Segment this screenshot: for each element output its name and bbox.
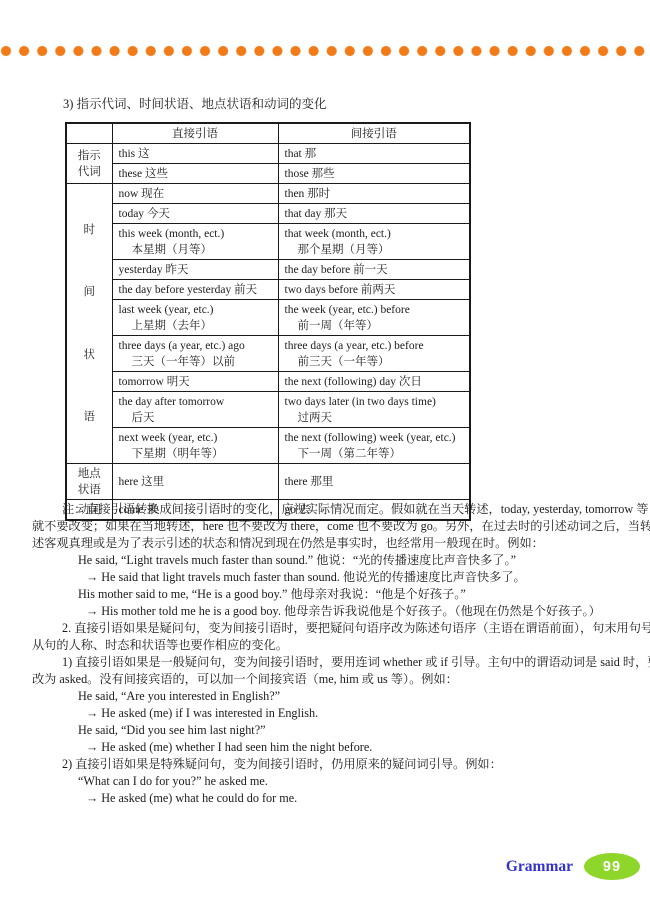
notes-text: 注：直接引语转换成间接引语时的变化，应视实际情况而定。假如就在当天转述，toda… bbox=[32, 501, 638, 807]
column-header-direct: 直接引语 bbox=[112, 123, 278, 144]
table-row: this week (month, ect.)本星期（月等） that week… bbox=[66, 224, 470, 260]
table-row: three days (a year, etc.) ago三天（一年等）以前 t… bbox=[66, 336, 470, 372]
example-line: His mother said to me, “He is a good boy… bbox=[32, 586, 638, 603]
textbook-page: { "page": { "heading": "3) 指示代词、时间状语、地点状… bbox=[0, 0, 650, 919]
table-row: tomorrow 明天 the next (following) day 次日 bbox=[66, 372, 470, 392]
footer-section-label: Grammar bbox=[506, 858, 573, 876]
example-line: → His mother told me he is a good boy. 他… bbox=[32, 603, 638, 620]
example-line: → He asked (me) what he could do for me. bbox=[32, 790, 638, 807]
table-row: the day after tomorrow后天 two days later … bbox=[66, 392, 470, 428]
page-number-badge: 99 bbox=[584, 853, 640, 880]
example-line: He said, “Light travels much faster than… bbox=[32, 552, 638, 569]
table-row: these 这些 those 那些 bbox=[66, 164, 470, 184]
note-line: 2. 直接引语如果是疑问句，变为间接引语时，要把疑问句语序改为陈述句语序（主语在… bbox=[32, 620, 638, 637]
page-footer: Grammar 99 bbox=[506, 853, 640, 880]
example-line: He said, “Are you interested in English?… bbox=[32, 688, 638, 705]
table-row: today 今天 that day 那天 bbox=[66, 204, 470, 224]
note-line: 1) 直接引语如果是一般疑问句，变为间接引语时，要用连词 whether 或 i… bbox=[32, 654, 638, 671]
table-row: 时 间 状 语 now 现在 then 那时 bbox=[66, 184, 470, 204]
example-line: “What can I do for you?” he asked me. bbox=[32, 773, 638, 790]
example-line: → He asked (me) whether I had seen him t… bbox=[32, 739, 638, 756]
note-line: 述客观真理或是为了表示引述的状态和情况到现在仍然是事实时，也经常用一般现在时。例… bbox=[32, 535, 638, 552]
column-header-indirect: 间接引语 bbox=[278, 123, 470, 144]
corner-cell bbox=[66, 123, 112, 144]
note-line: 就不要改变；如果在当地转述，here 也不要改为 there，come 也不要改… bbox=[32, 518, 638, 535]
group-label-time: 时 间 状 语 bbox=[66, 184, 112, 464]
table-header-row: 直接引语 间接引语 bbox=[66, 123, 470, 144]
example-line: He said, “Did you see him last night?” bbox=[32, 722, 638, 739]
table-row: 地点 状语 here 这里 there 那里 bbox=[66, 464, 470, 500]
note-line: 从句的人称、时态和状语等也要作相应的变化。 bbox=[32, 637, 638, 654]
table-row: last week (year, etc.)上星期（去年） the week (… bbox=[66, 300, 470, 336]
example-line: → He asked (me) if I was interested in E… bbox=[32, 705, 638, 722]
group-label-demonstrative: 指示 代词 bbox=[66, 144, 112, 184]
section-heading: 3) 指示代词、时间状语、地点状语和动词的变化 bbox=[63, 96, 327, 112]
dotted-border bbox=[0, 45, 650, 57]
speech-conversion-table: 直接引语 间接引语 指示 代词 this 这 that 那 these 这些 t… bbox=[65, 122, 471, 521]
table-row: yesterday 昨天 the day before 前一天 bbox=[66, 260, 470, 280]
example-line: → He said that light travels much faster… bbox=[32, 569, 638, 586]
table-row: 指示 代词 this 这 that 那 bbox=[66, 144, 470, 164]
group-label-place: 地点 状语 bbox=[66, 464, 112, 500]
note-line: 改为 asked。没有间接宾语的，可以加一个间接宾语（me, him 或 us … bbox=[32, 671, 638, 688]
table-row: the day before yesterday 前天 two days bef… bbox=[66, 280, 470, 300]
note-line: 2) 直接引语如果是特殊疑问句，变为间接引语时，仍用原来的疑问词引导。例如： bbox=[32, 756, 638, 773]
table-row: next week (year, etc.)下星期（明年等） the next … bbox=[66, 428, 470, 464]
note-line: 注：直接引语转换成间接引语时的变化，应视实际情况而定。假如就在当天转述，toda… bbox=[32, 501, 638, 518]
